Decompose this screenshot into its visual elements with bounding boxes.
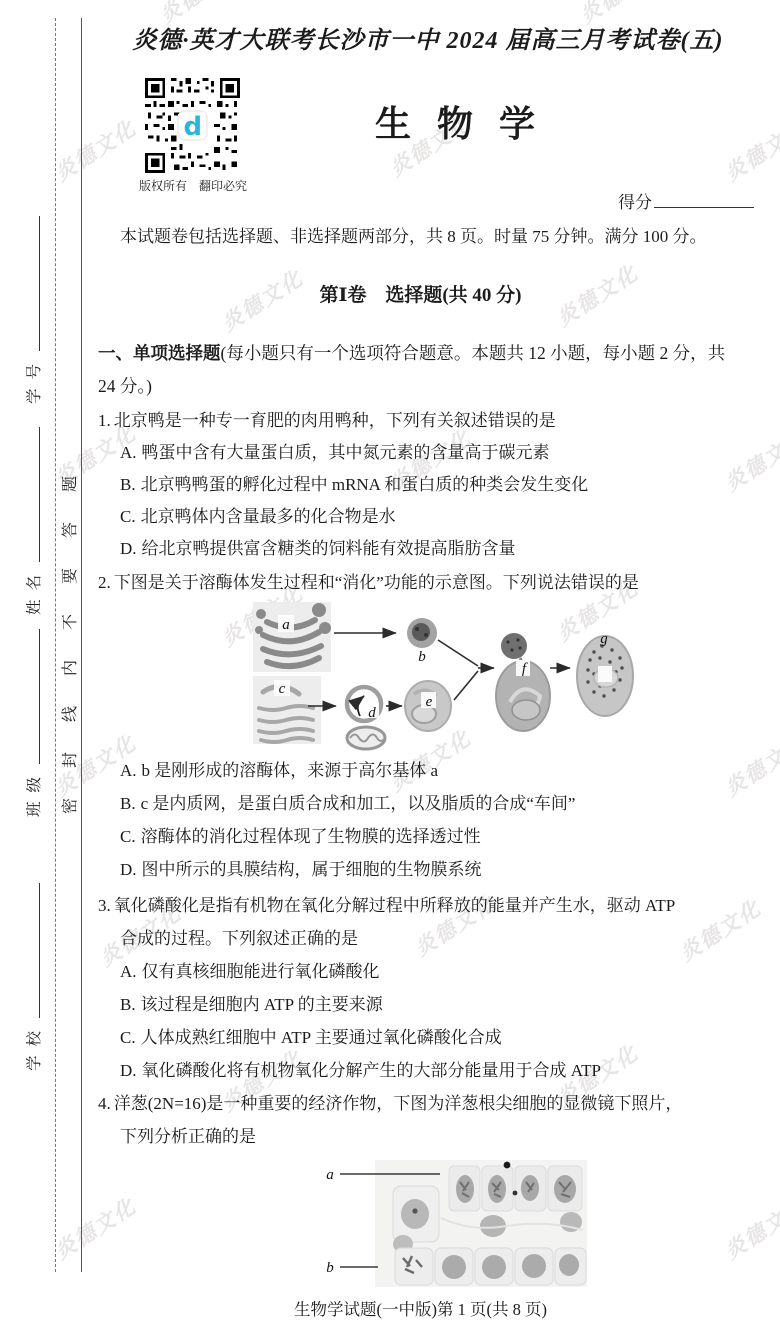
- option-label: D.: [120, 860, 137, 879]
- figure-label-b: b: [418, 649, 426, 665]
- option-label: B.: [120, 794, 136, 813]
- residual-body-g: [577, 636, 633, 716]
- field-name: 姓名: [20, 425, 46, 615]
- option-d: D.图中所示的具膜结构，属于细胞的生物膜系统: [98, 853, 575, 886]
- fill-in-line: [39, 883, 40, 1018]
- question-stem-line2: 合成的过程。下列叙述正确的是: [98, 922, 675, 955]
- figure-lysosome-diagram: a b c: [98, 598, 658, 770]
- option-b: B.该过程是细胞内 ATP 的主要来源: [98, 988, 675, 1021]
- section1-heading: 一、单项选择题(每小题只有一个选项符合题意。本题共 12 小题，每小题 2 分，…: [98, 337, 725, 403]
- watermark-text: 炎德文化: [718, 1190, 780, 1265]
- question-stem-text: 下图是关于溶酶体发生过程和“消化”功能的示意图。下列说法错误的是: [114, 573, 639, 592]
- field-label: 学校: [22, 1022, 44, 1071]
- field-school: 学校: [20, 881, 46, 1071]
- question-number: 3.: [98, 896, 111, 915]
- exam-page: 炎德文化 炎德文化 炎德文化 炎德文化 炎德文化 炎德文化 炎德文化 炎德文化 …: [0, 0, 780, 1341]
- question-2: 2.下图是关于溶酶体发生过程和“消化”功能的示意图。下列说法错误的是: [98, 566, 639, 599]
- option-a: A.鸭蛋中含有大量蛋白质，其中氮元素的含量高于碳元素: [98, 437, 588, 469]
- watermark-text: 炎德文化: [718, 727, 780, 802]
- figure-onion-root-micrograph: a b: [320, 1158, 592, 1290]
- question-1: 1.北京鸭是一种专一育肥的肉用鸭种，下列有关叙述错误的是 A.鸭蛋中含有大量蛋白…: [98, 405, 588, 565]
- field-label: 姓名: [22, 566, 44, 615]
- fill-in-line: [39, 629, 40, 764]
- section1-subtitle: (每小题只有一个选项符合题意。本题共 12 小题，每小题 2 分，共: [221, 343, 726, 363]
- question-stem: 3.氧化磷酸化是指有机物在氧化分解过程中所释放的能量并产生水，驱动 ATP: [98, 889, 675, 922]
- option-text: 溶酶体的消化过程体现了生物膜的选择透过性: [141, 827, 481, 846]
- figure-label-g: g: [600, 631, 608, 647]
- figure-label-a: a: [326, 1167, 334, 1183]
- option-b: B.北京鸭鸭蛋的孵化过程中 mRNA 和蛋白质的种类会发生变化: [98, 469, 588, 501]
- field-class: 班级: [20, 627, 46, 817]
- exam-title: 炎德·英才大联考长沙市一中 2024 届高三月考试卷(五): [68, 20, 780, 55]
- option-label: C.: [120, 507, 136, 526]
- option-text: 仅有真核细胞能进行氧化磷酸化: [142, 962, 380, 981]
- field-label: 学号: [22, 355, 44, 404]
- question-2-options: A.b 是刚形成的溶酶体，来源于高尔基体 a B.c 是内质网，是蛋白质合成和加…: [98, 754, 575, 886]
- option-text: 鸭蛋中含有大量蛋白质，其中氮元素的含量高于碳元素: [142, 443, 550, 462]
- option-text: 氧化磷酸化将有机物氧化分解产生的大部分能量用于合成 ATP: [142, 1061, 601, 1080]
- option-a: A.仅有真核细胞能进行氧化磷酸化: [98, 955, 675, 988]
- line-e-to-junction: [454, 671, 478, 700]
- option-text: 图中所示的具膜结构，属于细胞的生物膜系统: [142, 860, 482, 879]
- question-stem-text: 洋葱(2N=16)是一种重要的经济作物，下图为洋葱根尖细胞的显微镜下照片，: [114, 1094, 683, 1113]
- lysosome-vesicle-b: [407, 618, 437, 648]
- figure-label-a: a: [282, 617, 290, 633]
- option-text: c 是内质网，是蛋白质合成和加工，以及脂质的合成“车间”: [141, 794, 576, 813]
- option-label: C.: [120, 827, 136, 846]
- watermark-text: 炎德文化: [48, 1190, 141, 1265]
- option-label: A.: [120, 761, 137, 780]
- option-text: 北京鸭鸭蛋的孵化过程中 mRNA 和蛋白质的种类会发生变化: [141, 475, 589, 494]
- figure-label-c: c: [279, 681, 286, 697]
- figure-label-d: d: [368, 705, 376, 721]
- option-label: A.: [120, 962, 137, 981]
- part1-heading: 第Ⅰ卷 选择题(共 40 分): [98, 280, 743, 307]
- question-number: 2.: [98, 573, 111, 592]
- question-number: 4.: [98, 1094, 111, 1113]
- question-4: 4.洋葱(2N=16)是一种重要的经济作物，下图为洋葱根尖细胞的显微镜下照片， …: [98, 1087, 682, 1153]
- seal-line-dashed: [55, 18, 56, 1272]
- option-a: A.b 是刚形成的溶酶体，来源于高尔基体 a: [98, 754, 575, 787]
- score-label: 得分: [618, 193, 652, 212]
- question-stem: 4.洋葱(2N=16)是一种重要的经济作物，下图为洋葱根尖细胞的显微镜下照片，: [98, 1087, 682, 1120]
- page-footer: 生物学试题(一中版)第 1 页(共 8 页): [98, 1296, 743, 1320]
- option-b: B.c 是内质网，是蛋白质合成和加工，以及脂质的合成“车间”: [98, 787, 575, 820]
- intro-text: 本试题卷包括选择题、非选择题两部分，共 8 页。时量 75 分钟。满分 100 …: [120, 222, 707, 247]
- section1-subtitle-line2: 24 分。): [98, 370, 725, 403]
- option-text: 该过程是细胞内 ATP 的主要来源: [141, 995, 383, 1014]
- option-label: B.: [120, 475, 136, 494]
- option-text: 北京鸭体内含量最多的化合物是水: [141, 507, 396, 526]
- option-text: b 是刚形成的溶酶体，来源于高尔基体 a: [142, 761, 439, 780]
- score-line: [654, 193, 754, 208]
- option-label: B.: [120, 995, 136, 1014]
- question-stem: 1.北京鸭是一种专一育肥的肉用鸭种，下列有关叙述错误的是: [98, 405, 588, 437]
- autophagosome-d: [347, 687, 385, 749]
- question-stem: 2.下图是关于溶酶体发生过程和“消化”功能的示意图。下列说法错误的是: [98, 566, 639, 599]
- option-d: D.给北京鸭提供富含糖类的饲料能有效提高脂肪含量: [98, 533, 588, 565]
- figure-label-b: b: [326, 1260, 334, 1276]
- option-c: C.北京鸭体内含量最多的化合物是水: [98, 501, 588, 533]
- watermark-text: 炎德文化: [673, 892, 766, 967]
- option-label: D.: [120, 1061, 137, 1080]
- seal-line-solid: [81, 18, 82, 1272]
- seal-notice-text: 密封线内不要答题: [57, 420, 79, 840]
- watermark-text: 炎德文化: [718, 422, 780, 497]
- fill-in-line: [39, 427, 40, 562]
- option-text: 给北京鸭提供富含糖类的饲料能有效提高脂肪含量: [142, 539, 516, 558]
- line-b-to-junction: [438, 640, 478, 666]
- option-label: C.: [120, 1028, 136, 1047]
- option-d: D.氧化磷酸化将有机物氧化分解产生的大部分能量用于合成 ATP: [98, 1054, 675, 1087]
- score-box: 得分: [618, 188, 754, 213]
- fusion-vacuole-f: [496, 633, 550, 731]
- micrograph-photo: [375, 1160, 587, 1287]
- question-number: 1.: [98, 411, 111, 430]
- option-label: A.: [120, 443, 137, 462]
- qr-caption: 版权所有 翻印必究: [128, 177, 258, 194]
- golgi-apparatus-micrograph: [253, 602, 331, 672]
- question-stem-line2: 下列分析正确的是: [98, 1120, 682, 1153]
- question-stem-text: 北京鸭是一种专一育肥的肉用鸭种，下列有关叙述错误的是: [114, 411, 556, 430]
- field-student-id: 学号: [20, 214, 46, 404]
- option-c: C.人体成熟红细胞中 ATP 主要通过氧化磷酸化合成: [98, 1021, 675, 1054]
- option-text: 人体成熟红细胞中 ATP 主要通过氧化磷酸化合成: [141, 1028, 502, 1047]
- question-stem-text: 氧化磷酸化是指有机物在氧化分解过程中所释放的能量并产生水，驱动 ATP: [114, 896, 675, 915]
- subject-title: 生物学: [120, 96, 780, 147]
- section1-title: 一、单项选择题: [98, 343, 221, 363]
- field-label: 班级: [22, 768, 44, 817]
- fill-in-line: [39, 216, 40, 351]
- figure-label-e: e: [426, 694, 433, 710]
- question-3: 3.氧化磷酸化是指有机物在氧化分解过程中所释放的能量并产生水，驱动 ATP 合成…: [98, 889, 675, 1087]
- endoplasmic-reticulum-micrograph: [253, 676, 321, 744]
- option-c: C.溶酶体的消化过程体现了生物膜的选择透过性: [98, 820, 575, 853]
- option-label: D.: [120, 539, 137, 558]
